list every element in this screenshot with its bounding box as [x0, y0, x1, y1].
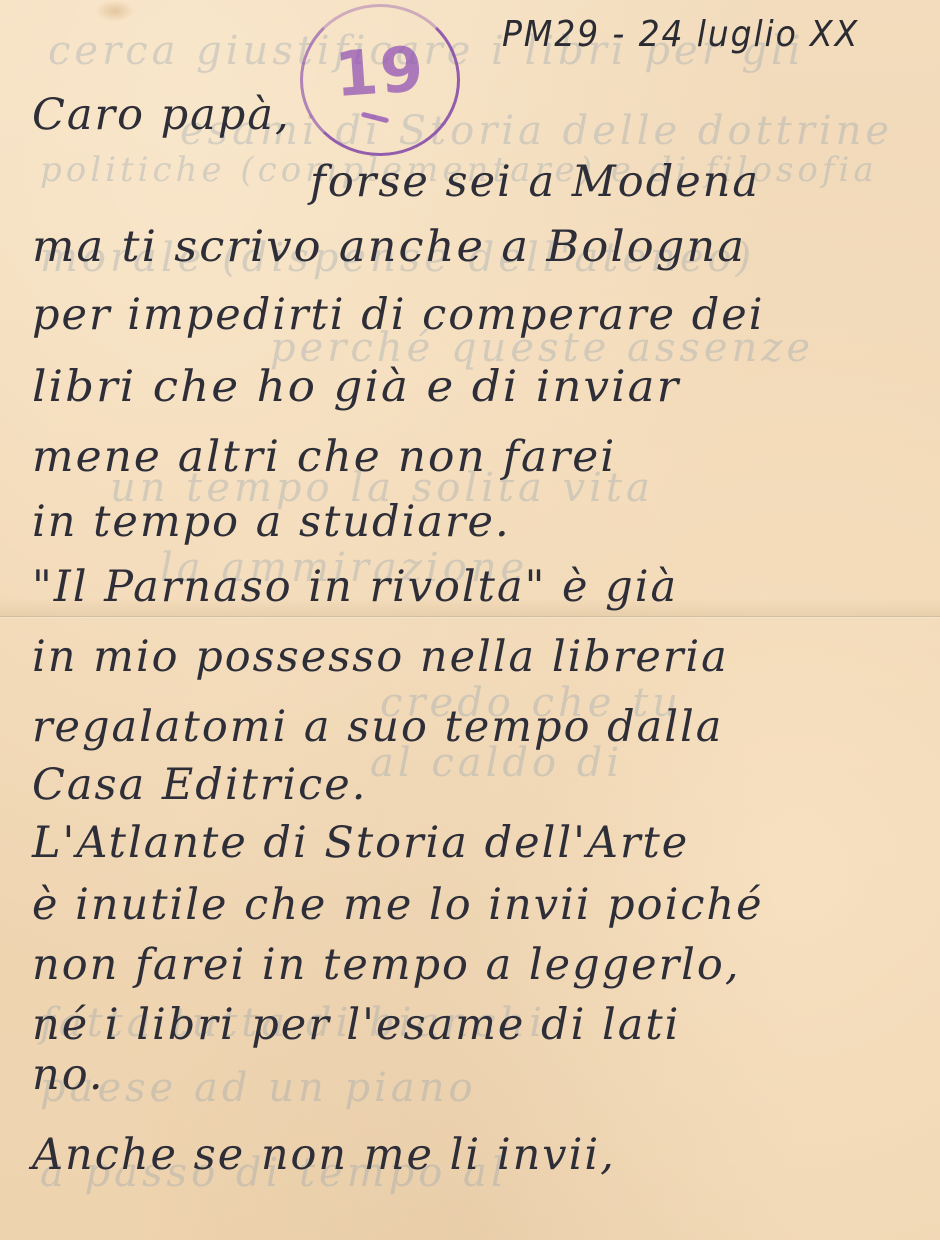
letter-line: Casa Editrice. [32, 760, 367, 810]
letter-line: non farei in tempo a leggerlo, [32, 940, 741, 990]
letter-line: libri che ho già e di inviar [32, 362, 680, 412]
salutation: Caro papà, [32, 90, 291, 140]
letter-line: no. [32, 1050, 105, 1100]
letter-line: Anche se non me li invii, [32, 1130, 616, 1180]
letter-line: in tempo a studiare. [32, 497, 511, 547]
letter-line: in mio possesso nella libreria [32, 632, 729, 682]
letter-line: ma ti scrivo anche a Bologna [32, 222, 746, 272]
letter-line: "Il Parnaso in rivolta" è già [32, 562, 678, 612]
stamp-number: 19 [301, 30, 460, 114]
letter-line: forse sei a Modena [310, 157, 760, 207]
fold-line [0, 616, 940, 619]
letter-line: è inutile che me lo invii poiché [32, 880, 764, 930]
letter-header-date: PM29 - 24 luglio XX [502, 14, 859, 55]
letter-line: mene altri che non farei [32, 432, 616, 482]
stamp-dash [361, 112, 389, 124]
letter-line: L'Atlante di Storia dell'Arte [32, 818, 689, 868]
paper-stain [95, 0, 135, 22]
letter-line: regalatomi a suo tempo dalla [32, 702, 723, 752]
letter-line: per impedirti di comperare dei [32, 290, 764, 340]
letter-line: né i libri per l'esame di lati [32, 1000, 680, 1050]
postal-censor-stamp: 19 [300, 4, 460, 156]
